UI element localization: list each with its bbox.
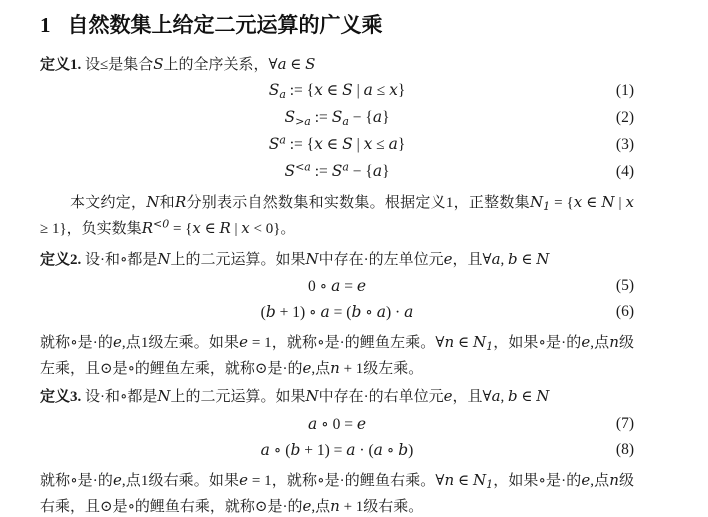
paragraph-conventions: 本文约定，N和R分别表示自然数集和实数集。根据定义1，正整数集N1 = {x ∈… xyxy=(40,190,634,242)
equation-1-body: Sa := {x ∈ S | a ≤ x} xyxy=(40,77,634,104)
equation-row-3: Sa := {x ∈ S | x ≤ a} (3) xyxy=(40,131,634,158)
equation-row-2: S>a := Sa − {a} (2) xyxy=(40,104,634,131)
definition-1-text: 定义1. 设≤是集合S上的全序关系，∀a ∈ S xyxy=(40,52,634,77)
equation-6-number: (6) xyxy=(616,299,634,325)
definition-2-text: 定义2. 设·和∘都是N上的二元运算。如果N中存在·的左单位元e，且∀a, b … xyxy=(40,247,634,272)
equation-5-body: 0 ∘ a = e xyxy=(40,273,634,300)
equation-row-5: 0 ∘ a = e (5) xyxy=(40,273,634,299)
equation-4-body: S<a := Sa − {a} xyxy=(40,158,634,185)
equation-8-number: (8) xyxy=(616,437,634,463)
equation-row-8: a ∘ (b + 1) = a · (a ∘ b) (8) xyxy=(40,437,634,463)
equation-7-number: (7) xyxy=(616,411,634,437)
equation-2-body: S>a := Sa − {a} xyxy=(40,104,634,131)
equation-4-number: (4) xyxy=(616,158,634,185)
equation-3-number: (3) xyxy=(616,131,634,158)
equation-block-2: 0 ∘ a = e (5) (b + 1) ∘ a = (b ∘ a) · a … xyxy=(40,273,634,325)
section-title: 自然数集上给定二元运算的广义乘 xyxy=(68,14,383,37)
equation-block-1: Sa := {x ∈ S | a ≤ x} (1) S>a := Sa − {a… xyxy=(40,77,634,185)
paragraph-right-multiplication: 就称∘是·的e,点1级右乘。如果e = 1，就称∘是·的鲤鱼右乘。∀n ∈ N1… xyxy=(40,468,634,517)
section-number: 1 xyxy=(40,13,51,37)
equation-7-body: a ∘ 0 = e xyxy=(40,411,634,438)
paper-page: 1自然数集上给定二元运算的广义乘 定义1. 设≤是集合S上的全序关系，∀a ∈ … xyxy=(0,0,708,517)
equation-row-7: a ∘ 0 = e (7) xyxy=(40,411,634,437)
equation-row-1: Sa := {x ∈ S | a ≤ x} (1) xyxy=(40,77,634,104)
equation-2-number: (2) xyxy=(616,104,634,131)
equation-block-3: a ∘ 0 = e (7) a ∘ (b + 1) = a · (a ∘ b) … xyxy=(40,411,634,463)
section-heading: 1自然数集上给定二元运算的广义乘 xyxy=(40,12,634,39)
equation-row-6: (b + 1) ∘ a = (b ∘ a) · a (6) xyxy=(40,299,634,325)
paragraph-left-multiplication: 就称∘是·的e,点1级左乘。如果e = 1，就称∘是·的鲤鱼左乘。∀n ∈ N1… xyxy=(40,330,634,382)
equation-row-4: S<a := Sa − {a} (4) xyxy=(40,158,634,185)
equation-3-body: Sa := {x ∈ S | x ≤ a} xyxy=(40,131,634,158)
equation-1-number: (1) xyxy=(616,77,634,104)
definition-3-text: 定义3. 设·和∘都是N上的二元运算。如果N中存在·的右单位元e，且∀a, b … xyxy=(40,384,634,409)
equation-6-body: (b + 1) ∘ a = (b ∘ a) · a xyxy=(40,299,634,326)
equation-5-number: (5) xyxy=(616,273,634,299)
equation-8-body: a ∘ (b + 1) = a · (a ∘ b) xyxy=(40,437,634,464)
